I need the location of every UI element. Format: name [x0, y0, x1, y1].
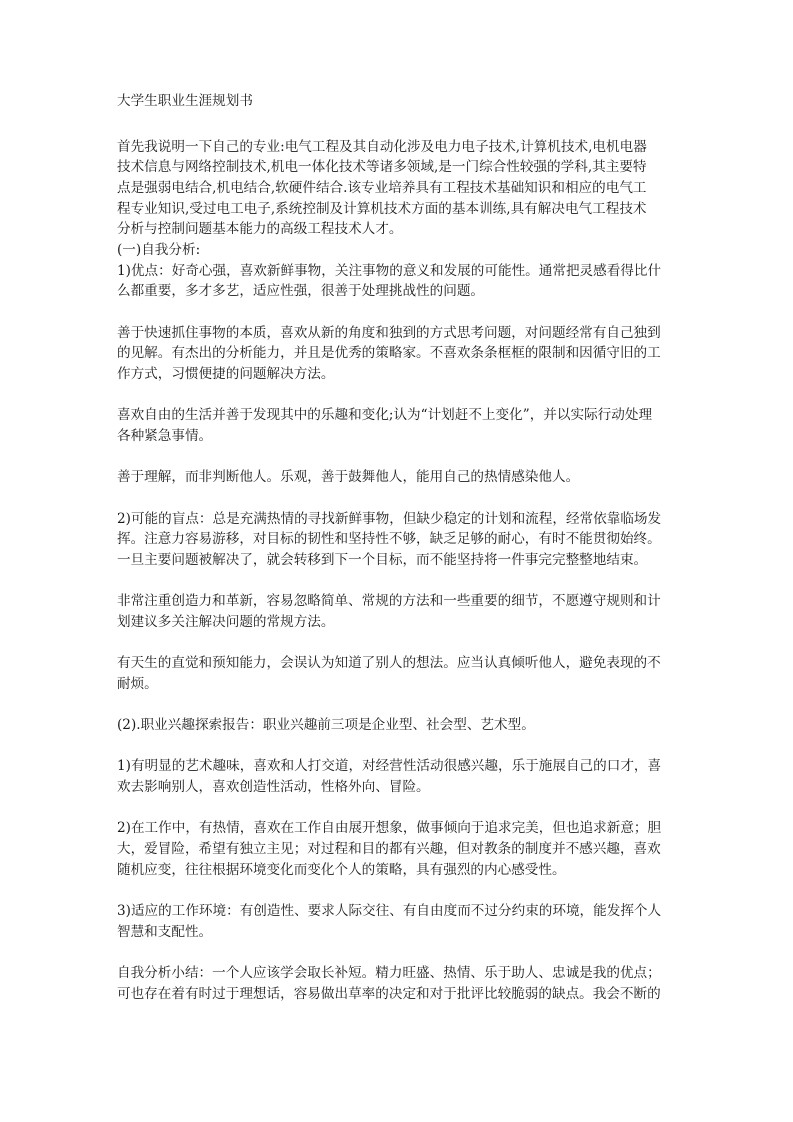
- text-line: 么都重要，多才多艺，适应性强，很善于处理挑战性的问题。: [117, 281, 679, 302]
- blank-line: [117, 736, 679, 757]
- blank-line: [117, 798, 679, 819]
- text-line: 可也存在着有时过于理想话，容易做出草率的决定和对于批评比较脆弱的缺点。我会不断的: [117, 984, 679, 1005]
- text-line: 3)适应的工作环境：有创造性、要求人际交往、有自由度而不过分约束的环境，能发挥个…: [117, 901, 679, 922]
- text-line: 善于理解，而非判断他人。乐观，善于鼓舞他人，能用自己的热情感染他人。: [117, 467, 679, 488]
- text-line: 点是强弱电结合,机电结合,软硬件结合.该专业培养具有工程技术基础知识和相应的电气…: [117, 178, 679, 199]
- document-body: 首先我说明一下自己的专业:电气工程及其自动化涉及电力电子技术,计算机技术,电机电…: [117, 137, 679, 1005]
- text-line: 欢去影响别人，喜欢创造性活动，性格外向、冒险。: [117, 777, 679, 798]
- text-line: 2)在工作中，有热情，喜欢在工作自由展开想象，做事倾向于追求完美，但也追求新意；…: [117, 818, 679, 839]
- blank-line: [117, 694, 679, 715]
- blank-line: [117, 570, 679, 591]
- text-line: 2)可能的盲点：总是充满热情的寻找新鲜事物，但缺少稳定的计划和流程，经常依靠临场…: [117, 509, 679, 530]
- text-line: 各种紧急事情。: [117, 426, 679, 447]
- text-line: 善于快速抓住事物的本质，喜欢从新的角度和独到的方式思考问题，对问题经常有自己独到: [117, 323, 679, 344]
- text-line: 1)有明显的艺术趣味，喜欢和人打交道，对经营性活动很感兴趣，乐于施展自己的口才，…: [117, 756, 679, 777]
- text-line: 喜欢自由的生活并善于发现其中的乐趣和变化;认为“计划赶不上变化”，并以实际行动处…: [117, 405, 679, 426]
- text-line: 随机应变，往往根据环境变化而变化个人的策略，具有强烈的内心感受性。: [117, 860, 679, 881]
- blank-line: [117, 385, 679, 406]
- blank-line: [117, 942, 679, 963]
- text-line: 大，爱冒险，希望有独立主见；对过程和目的都有兴趣，但对教条的制度并不感兴趣，喜欢: [117, 839, 679, 860]
- text-line: 技术信息与网络控制技术,机电一体化技术等诸多领域,是一门综合性较强的学科,其主要…: [117, 157, 679, 178]
- document-title: 大学生职业生涯规划书: [117, 91, 253, 112]
- text-line: 划建议多关注解决问题的常规方法。: [117, 612, 679, 633]
- text-line: 作方式，习惯便捷的问题解决方法。: [117, 364, 679, 385]
- text-line: 程专业知识,受过电工电子,系统控制及计算机技术方面的基本训练,具有解决电气工程技…: [117, 199, 679, 220]
- text-line: 一旦主要问题被解决了，就会转移到下一个目标，而不能坚持将一件事完完整整地结束。: [117, 550, 679, 571]
- blank-line: [117, 632, 679, 653]
- text-line: 智慧和支配性。: [117, 922, 679, 943]
- blank-line: [117, 880, 679, 901]
- text-line: 耐烦。: [117, 674, 679, 695]
- text-line: 自我分析小结：一个人应该学会取长补短。精力旺盛、热情、乐于助人、忠诚是我的优点；: [117, 963, 679, 984]
- text-line: (一)自我分析:: [117, 240, 679, 261]
- document-page: 大学生职业生涯规划书 首先我说明一下自己的专业:电气工程及其自动化涉及电力电子技…: [0, 0, 793, 1122]
- text-line: 非常注重创造力和革新，容易忽略简单、常规的方法和一些重要的细节，不愿遵守规则和计: [117, 591, 679, 612]
- blank-line: [117, 302, 679, 323]
- text-line: 有天生的直觉和预知能力，会误认为知道了别人的想法。应当认真倾听他人，避免表现的不: [117, 653, 679, 674]
- text-line: 挥。注意力容易游移，对目标的韧性和坚持性不够，缺乏足够的耐心，有时不能贯彻始终。: [117, 529, 679, 550]
- text-line: (2).职业兴趣探索报告：职业兴趣前三项是企业型、社会型、艺术型。: [117, 715, 679, 736]
- blank-line: [117, 447, 679, 468]
- text-line: 的见解。有杰出的分析能力，并且是优秀的策略家。不喜欢条条框框的限制和因循守旧的工: [117, 343, 679, 364]
- text-line: 1)优点：好奇心强，喜欢新鲜事物，关注事物的意义和发展的可能性。通常把灵感看得比…: [117, 261, 679, 282]
- text-line: 分析与控制问题基本能力的高级工程技术人才。: [117, 219, 679, 240]
- blank-line: [117, 488, 679, 509]
- text-line: 首先我说明一下自己的专业:电气工程及其自动化涉及电力电子技术,计算机技术,电机电…: [117, 137, 679, 158]
